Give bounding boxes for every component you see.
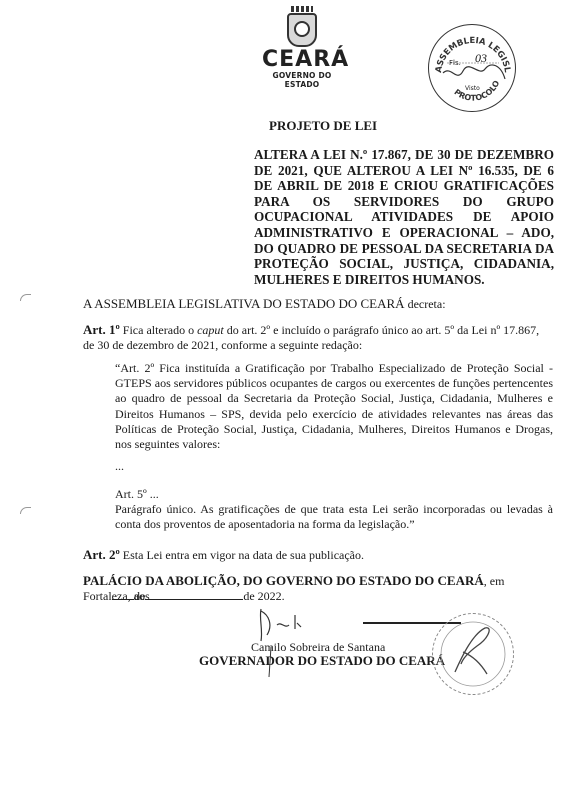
ementa: ALTERA A LEI N.º 17.867, DE 30 DE DEZEMB… [254, 147, 554, 287]
date-line: dede 2022. [112, 588, 285, 604]
margin-punch-mark [20, 507, 31, 514]
protocol-stamp: ASSEMBLEIA LEGISLATIVA DO CEARÁ PROTOCOL… [428, 24, 516, 112]
state-crest-icon [287, 13, 317, 47]
day-blank [112, 588, 134, 600]
article-1-label: Art. 1º [83, 322, 120, 337]
document-title: PROJETO DE LEI [269, 118, 377, 134]
article-1: Art. 1º Fica alterado o caput do art. 2º… [83, 322, 553, 353]
month-blank [145, 588, 243, 600]
stamp-page-number: 03 [475, 51, 487, 66]
date-de: de [134, 589, 145, 603]
stamp-fls-label: Fls. [449, 59, 461, 67]
signatory-title: GOVERNADOR DO ESTADO DO CEARÁ [199, 653, 445, 669]
seal-rubric-icon [433, 614, 513, 694]
stamp-visto-label: Visto [465, 85, 480, 92]
stamp-ring-text-icon: ASSEMBLEIA LEGISLATIVA DO CEARÁ PROTOCOL… [429, 25, 517, 113]
enacting-clause: A ASSEMBLEIA LEGISLATIVA DO ESTADO DO CE… [83, 296, 446, 312]
crest-crown-icon [291, 6, 313, 12]
article-2-label: Art. 2º [83, 547, 120, 562]
enacting-clause-rest: decreta: [405, 297, 446, 311]
quoted-article-2: “Art. 2º Fica instituída a Gratificação … [115, 361, 553, 452]
logo-title: CEARÁ [262, 49, 342, 71]
article-2: Art. 2º Esta Lei entra em vigor na data … [83, 547, 364, 563]
article-2-text: Esta Lei entra em vigor na data de sua p… [120, 548, 364, 562]
government-seal-stamp [432, 613, 514, 695]
article-5-paragraph: Parágrafo único. As gratificações de que… [115, 502, 553, 532]
ellipsis: ... [115, 459, 124, 474]
article-1-italic: caput [197, 323, 224, 337]
logo-subtitle: GOVERNO DO ESTADO [262, 71, 342, 89]
margin-punch-mark [20, 294, 31, 301]
quoted-article-5: Art. 5º ... Parágrafo único. As gratific… [115, 487, 553, 533]
article-1-text: Fica alterado o [120, 323, 197, 337]
ceara-government-logo: CEARÁ GOVERNO DO ESTADO [262, 6, 342, 89]
place-clause-bold: PALÁCIO DA ABOLIÇÃO, DO GOVERNO DO ESTAD… [83, 573, 484, 588]
article-5-label: Art. 5º ... [115, 487, 553, 502]
enacting-clause-bold: A ASSEMBLEIA LEGISLATIVA DO ESTADO DO CE… [83, 296, 405, 311]
date-year: de 2022. [243, 589, 284, 603]
